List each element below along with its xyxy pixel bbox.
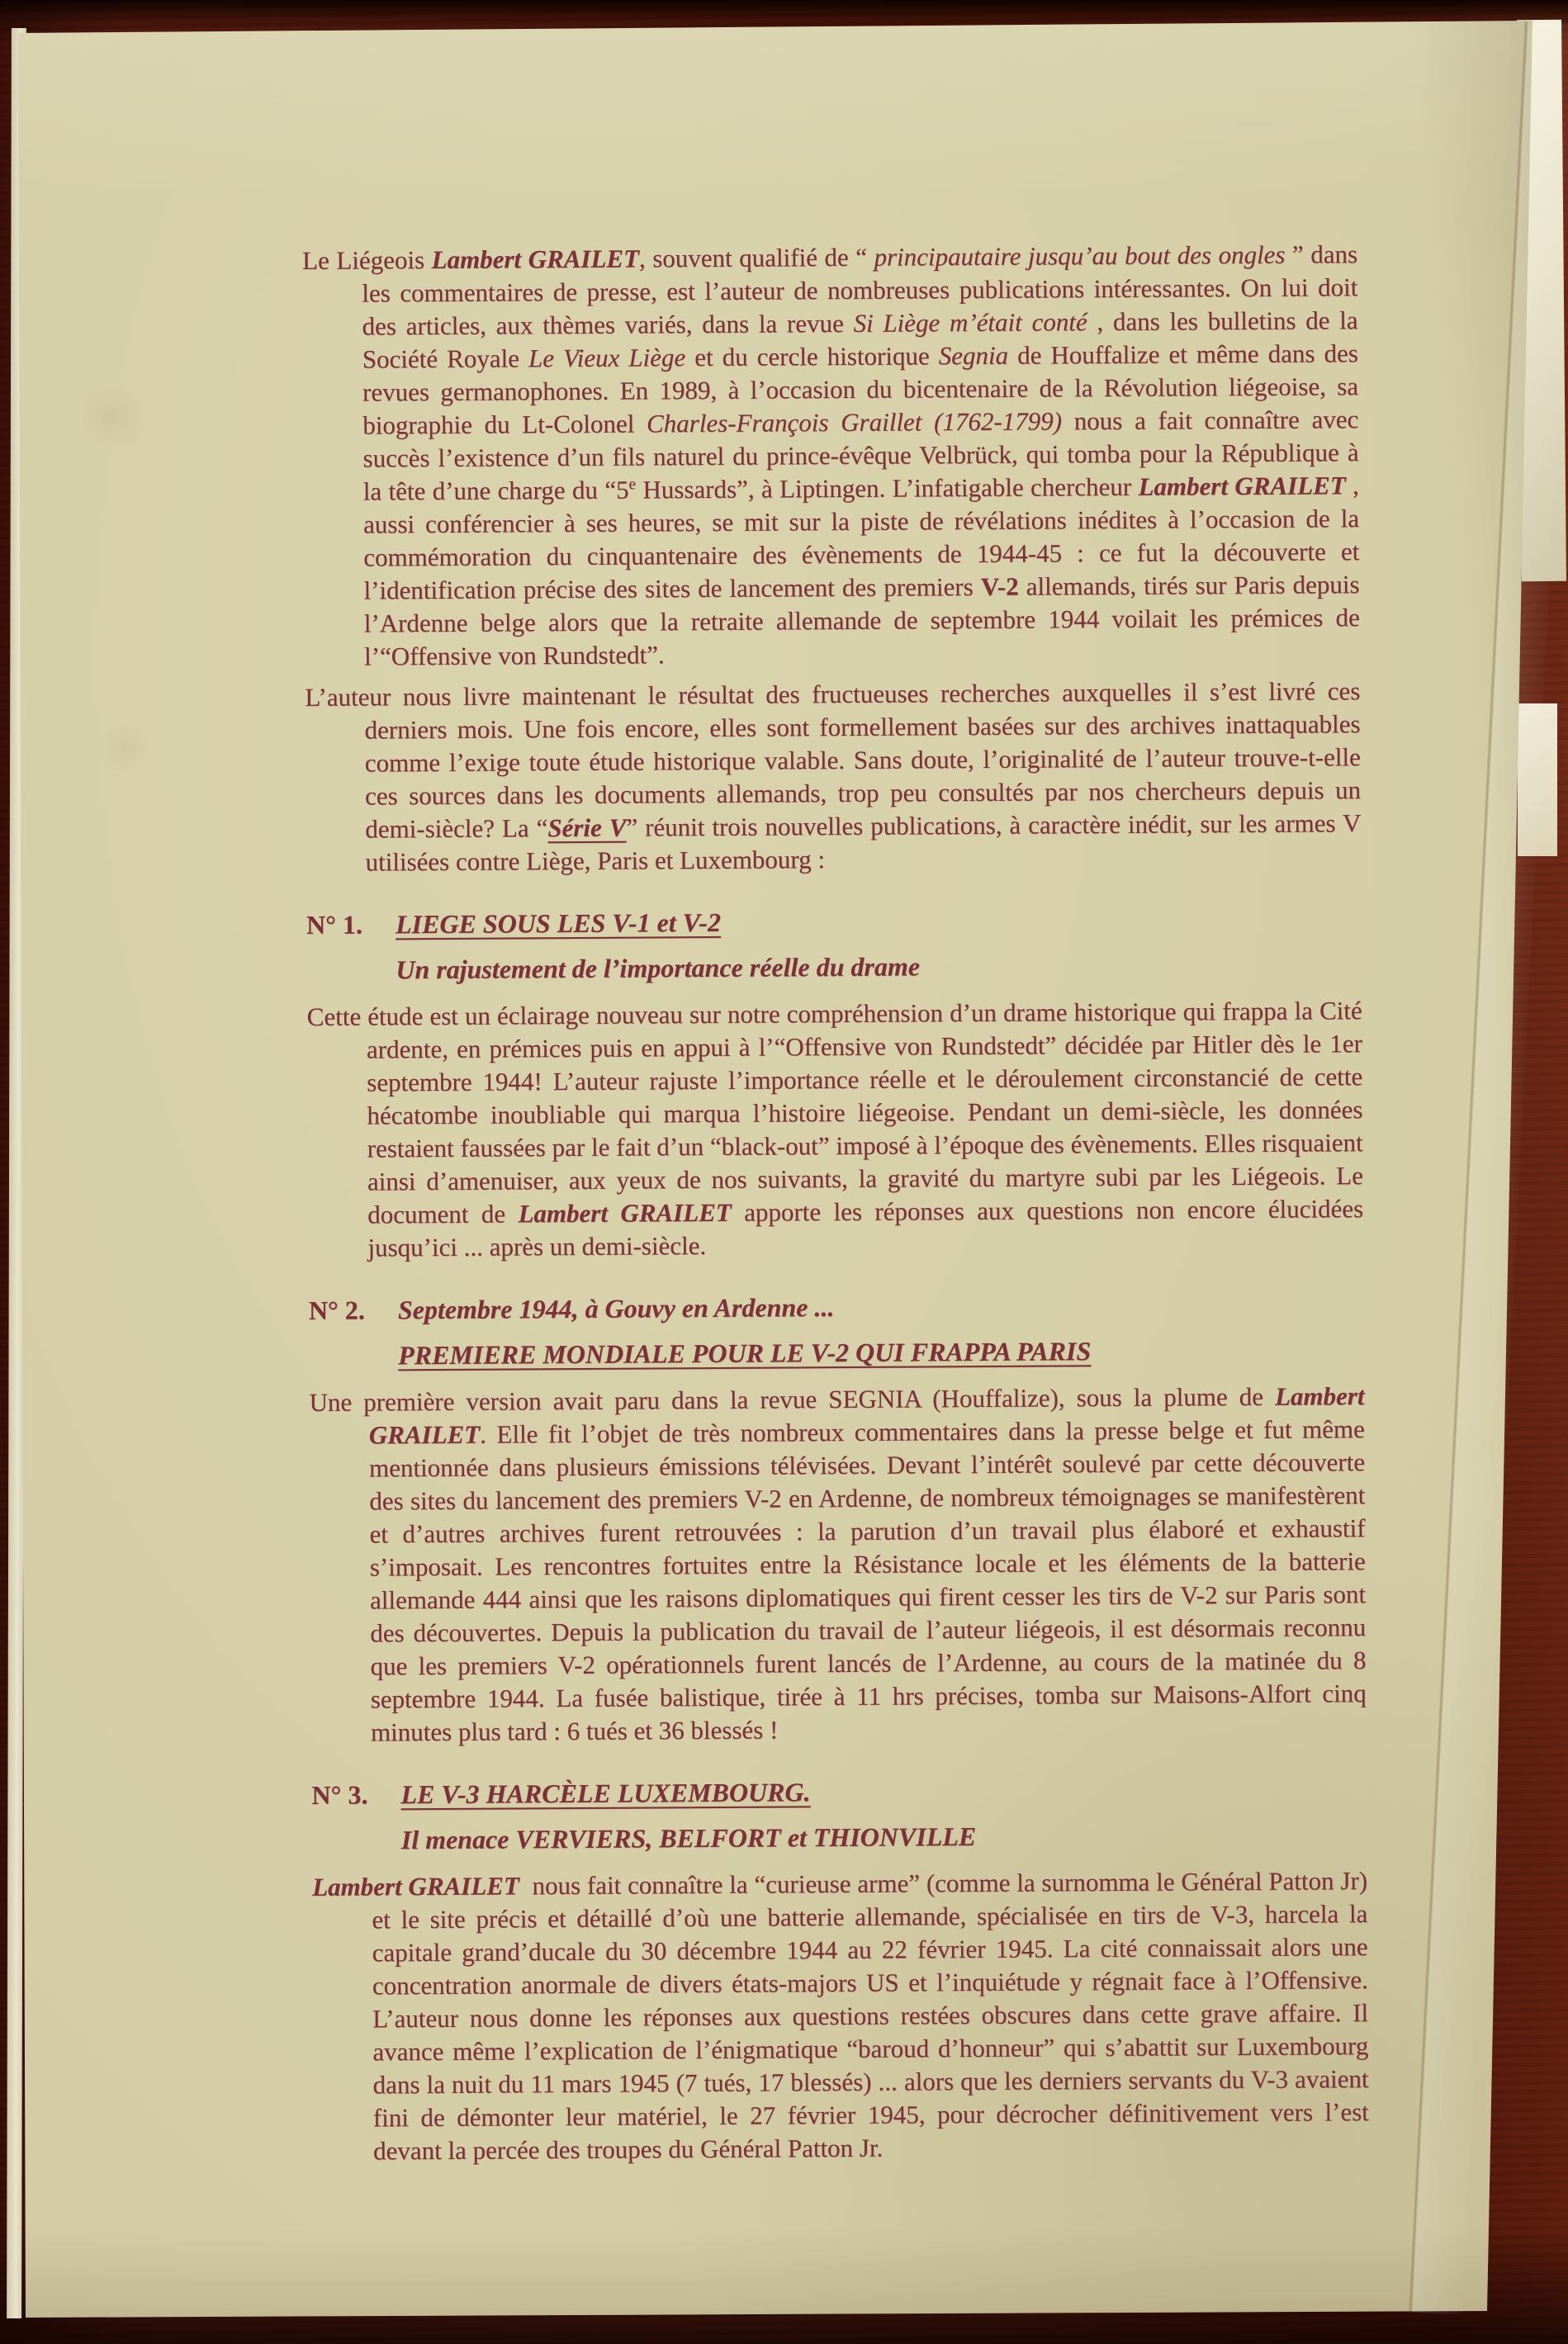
section-3-subtitle: Il menace VERVIERS, BELFORT et THIONVILL… (401, 1817, 977, 1859)
section-2-title: PREMIERE MONDIALE POUR LE V-2 QUI FRAPPA… (398, 1332, 1091, 1374)
section-3-number: N° 3. (311, 1775, 401, 1859)
section-1-subtitle: Un rajustement de l’importance réelle du… (396, 947, 920, 988)
intro-paragraph-series: L’auteur nous livre maintenant le résult… (364, 675, 1361, 878)
section-1: N° 1. LIEGE SOUS LES V-1 et V-2 Un rajus… (4, 898, 1568, 1267)
intro-paragraph-author: Le Liégeois Lambert GRAILET, souvent qua… (362, 238, 1360, 673)
section-1-number: N° 1. (306, 905, 396, 989)
section-3: N° 3. LE V-3 HARCÈLE LUXEMBOURG. Il mena… (9, 1769, 1568, 2171)
section-1-title: LIEGE SOUS LES V-1 et V-2 (396, 902, 920, 943)
section-3-body: Lambert GRAILET nous fait connaître la “… (372, 1864, 1369, 2167)
section-1-title-block: LIEGE SOUS LES V-1 et V-2 Un rajustement… (396, 902, 920, 988)
section-1-heading: N° 1. LIEGE SOUS LES V-1 et V-2 Un rajus… (306, 898, 1568, 989)
photo-of-booklet-page: Le Liégeois Lambert GRAILET, souvent qua… (0, 0, 1568, 2344)
section-3-title-block: LE V-3 HARCÈLE LUXEMBOURG. Il menace VER… (400, 1772, 976, 1859)
section-3-heading: N° 3. LE V-3 HARCÈLE LUXEMBOURG. Il mena… (311, 1769, 1568, 1859)
section-2: N° 2. Septembre 1944, à Gouvy en Ardenne… (7, 1284, 1568, 1752)
section-3-title: LE V-3 HARCÈLE LUXEMBOURG. (400, 1772, 976, 1813)
section-2-heading: N° 2. Septembre 1944, à Gouvy en Ardenne… (309, 1284, 1568, 1375)
section-2-number: N° 2. (309, 1290, 399, 1375)
section-2-subtitle: Septembre 1944, à Gouvy en Ardenne ... (398, 1286, 1091, 1328)
page-content: Le Liégeois Lambert GRAILET, souvent qua… (0, 237, 1568, 2171)
section-2-title-block: Septembre 1944, à Gouvy en Ardenne ... P… (398, 1286, 1092, 1374)
section-2-body: Une première version avait paru dans la … (368, 1380, 1367, 1749)
section-1-body: Cette étude est un éclairage nouveau sur… (367, 994, 1364, 1264)
